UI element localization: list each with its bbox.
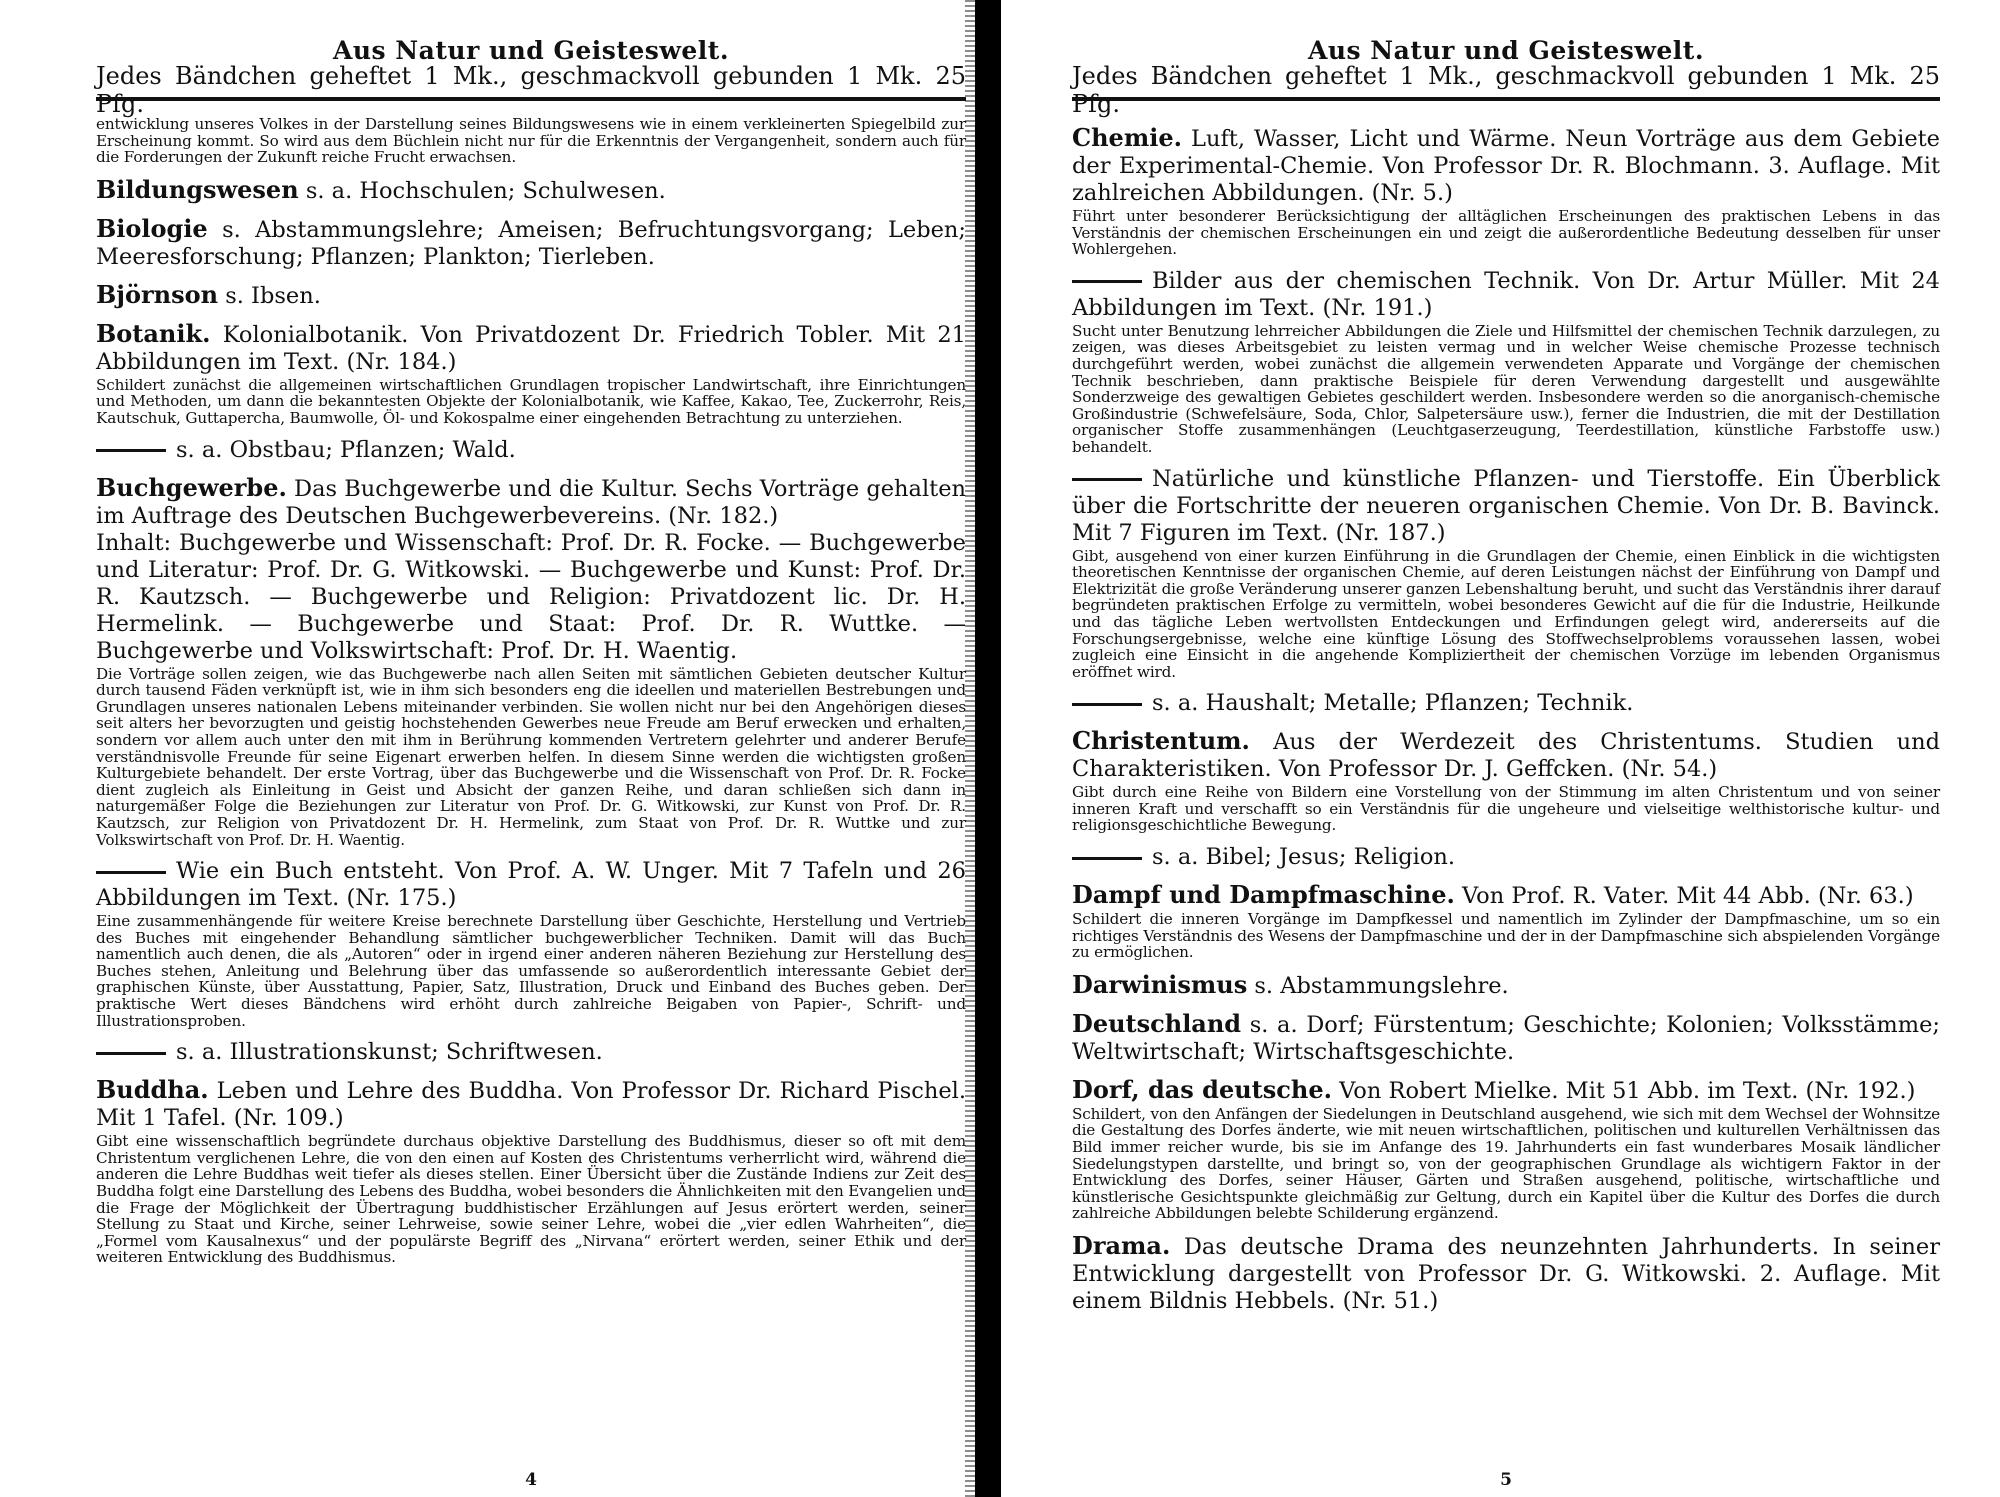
entry-christentum-see-also: s. a. Bibel; Jesus; Religion. <box>1072 844 1940 871</box>
book-spine <box>975 0 1001 1497</box>
entry-keyword: Bildungswesen <box>96 175 299 204</box>
entry-text: Von Robert Mielke. Mit 51 Abb. im Text. … <box>1339 1078 1915 1104</box>
entry-keyword: Darwinismus <box>1072 970 1247 999</box>
entry-text: s. a. Obstbau; Pflanzen; Wald. <box>176 437 516 463</box>
entry-keyword: Chemie. <box>1072 123 1182 152</box>
entry-keyword: Dampf und Dampfmaschine. <box>1072 880 1455 909</box>
ditto-dash <box>96 871 166 874</box>
entry-text: Leben und Lehre des Buddha. Von Professo… <box>96 1078 966 1131</box>
entry-botanik: Botanik. Kolonialbotanik. Von Privatdoze… <box>96 320 966 427</box>
page-number: 5 <box>1072 1470 1940 1490</box>
entry-keyword: Botanik. <box>96 319 210 348</box>
continuation-text: entwicklung unseres Volkes in der Darste… <box>96 116 966 166</box>
entry-bjoernson: Björnson s. Ibsen. <box>96 281 966 310</box>
entry-description: Die Vorträge sollen zeigen, wie das Buch… <box>96 666 966 849</box>
entry-christentum: Christentum. Aus der Werdezeit des Chris… <box>1072 727 1940 834</box>
entry-text: Von Prof. R. Vater. Mit 44 Abb. (Nr. 63.… <box>1462 883 1914 909</box>
entry-buchgewerbe-see-also: s. a. Illustrationskunst; Schriftwesen. <box>96 1039 966 1066</box>
header-rule <box>96 97 966 101</box>
entry-text: Das deutsche Drama des neunzehnten Jahrh… <box>1072 1234 1940 1314</box>
entry-description: Schildert zunächst die allgemeinen wirts… <box>96 377 966 427</box>
entry-buddha: Buddha. Leben und Lehre des Buddha. Von … <box>96 1076 966 1266</box>
entry-drama: Drama. Das deutsche Drama des neunzehnte… <box>1072 1232 1940 1315</box>
ditto-dash <box>1072 703 1142 706</box>
price-line: Jedes Bändchen geheftet 1 Mk., geschmack… <box>96 62 966 118</box>
entry-chemie-see-also: s. a. Haushalt; Metalle; Pflanzen; Techn… <box>1072 690 1940 717</box>
entry-text: Natürliche und künstliche Pflanzen- und … <box>1072 466 1940 546</box>
entry-keyword: Björnson <box>96 280 218 309</box>
entry-text: s. a. Illustrationskunst; Schriftwesen. <box>176 1039 603 1065</box>
right-page-body: Chemie. Luft, Wasser, Licht und Wärme. N… <box>1072 116 1940 1315</box>
entry-deutschland: Deutschland s. a. Dorf; Fürstentum; Gesc… <box>1072 1010 1940 1066</box>
series-title: Aus Natur und Geisteswelt. <box>96 36 966 65</box>
entry-text: Kolonialbotanik. Von Privatdozent Dr. Fr… <box>96 322 966 375</box>
header-rule <box>1072 97 1940 101</box>
entry-text: Wie ein Buch entsteht. Von Prof. A. W. U… <box>96 858 966 911</box>
entry-keyword: Christentum. <box>1072 726 1250 755</box>
entry-keyword: Drama. <box>1072 1231 1170 1260</box>
entry-text: s. a. Bibel; Jesus; Religion. <box>1152 844 1455 870</box>
entry-keyword: Buddha. <box>96 1075 209 1104</box>
entry-text: s. Abstammungslehre; Ameisen; Befruchtun… <box>96 217 966 270</box>
entry-text: s. Abstammungslehre. <box>1254 973 1508 999</box>
entry-buchgewerbe: Buchgewerbe. Das Buchgewerbe und die Kul… <box>96 474 966 849</box>
entry-text: Luft, Wasser, Licht und Wärme. Neun Vort… <box>1072 126 1940 206</box>
entry-description: Gibt durch eine Reihe von Bildern eine V… <box>1072 784 1940 834</box>
entry-botanik-see-also: s. a. Obstbau; Pflanzen; Wald. <box>96 437 966 464</box>
ditto-dash <box>96 449 166 452</box>
entry-bildungswesen: Bildungswesen s. a. Hochschulen; Schulwe… <box>96 176 966 205</box>
entry-contents: Inhalt: Buchgewerbe und Wissenschaft: Pr… <box>96 530 966 665</box>
entry-wie-ein-buch-entsteht: Wie ein Buch entsteht. Von Prof. A. W. U… <box>96 858 966 1029</box>
ditto-dash <box>1072 280 1142 283</box>
entry-dorf: Dorf, das deutsche. Von Robert Mielke. M… <box>1072 1076 1940 1222</box>
entry-biologie: Biologie s. Abstammungslehre; Ameisen; B… <box>96 215 966 271</box>
ditto-dash <box>1072 478 1142 481</box>
entry-keyword: Dorf, das deutsche. <box>1072 1075 1332 1104</box>
right-page: Aus Natur und Geisteswelt. Jedes Bändche… <box>1072 0 1940 1497</box>
entry-description: Schildert, von den Anfängen der Siedelun… <box>1072 1106 1940 1222</box>
entry-keyword: Deutschland <box>1072 1009 1241 1038</box>
left-page: Aus Natur und Geisteswelt. Jedes Bändche… <box>96 0 966 1497</box>
entry-description: Führt unter besonderer Berücksichtigung … <box>1072 208 1940 258</box>
entry-chemie: Chemie. Luft, Wasser, Licht und Wärme. N… <box>1072 124 1940 258</box>
entry-text: Bilder aus der chemischen Technik. Von D… <box>1072 268 1940 321</box>
entry-chemische-technik: Bilder aus der chemischen Technik. Von D… <box>1072 268 1940 456</box>
entry-description: Schildert die inneren Vorgänge im Dampfk… <box>1072 911 1940 961</box>
price-line: Jedes Bändchen geheftet 1 Mk., geschmack… <box>1072 62 1940 118</box>
entry-description: Sucht unter Benutzung lehrreicher Abbild… <box>1072 323 1940 456</box>
entry-pflanzen-tierstoffe: Natürliche und künstliche Pflanzen- und … <box>1072 466 1940 681</box>
entry-keyword: Buchgewerbe. <box>96 473 287 502</box>
entry-description: Eine zusammenhängende für weitere Kreise… <box>96 913 966 1029</box>
entry-keyword: Biologie <box>96 214 208 243</box>
entry-text: s. a. Hochschulen; Schulwesen. <box>306 178 666 204</box>
left-page-body: entwicklung unseres Volkes in der Darste… <box>96 116 966 1266</box>
series-title: Aus Natur und Geisteswelt. <box>1072 36 1940 65</box>
entry-darwinismus: Darwinismus s. Abstammungslehre. <box>1072 971 1940 1000</box>
entry-dampfmaschine: Dampf und Dampfmaschine. Von Prof. R. Va… <box>1072 881 1940 961</box>
entry-text: s. a. Haushalt; Metalle; Pflanzen; Techn… <box>1152 690 1633 716</box>
page-number: 4 <box>96 1470 966 1490</box>
ditto-dash <box>1072 857 1142 860</box>
entry-text: s. Ibsen. <box>225 283 321 309</box>
entry-description: Gibt, ausgehend von einer kurzen Einführ… <box>1072 548 1940 681</box>
entry-description: Gibt eine wissenschaftlich begründete du… <box>96 1133 966 1266</box>
ditto-dash <box>96 1052 166 1055</box>
